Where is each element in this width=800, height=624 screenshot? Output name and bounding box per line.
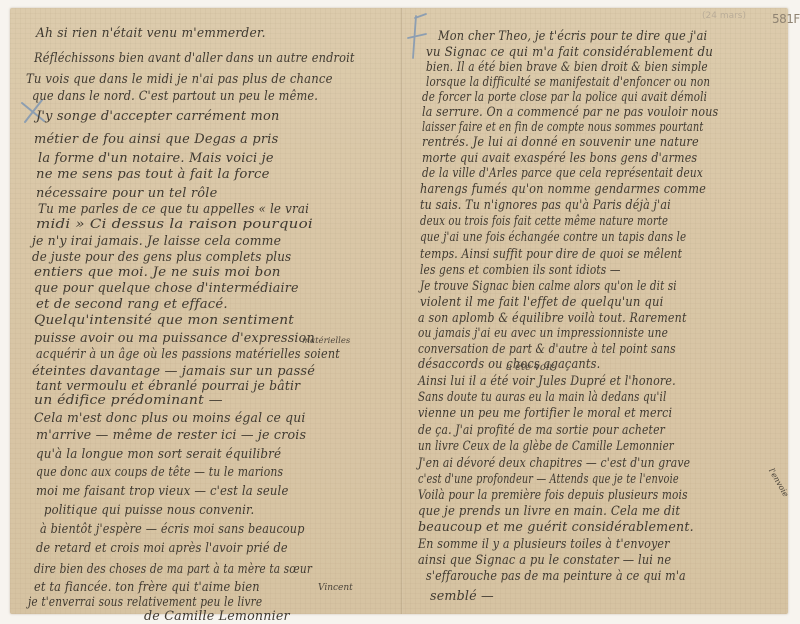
- letter-line: tu sais. Tu n'ignores pas qu'à Paris déj…: [420, 199, 671, 212]
- letter-line: a son aplomb & équilibre voilà tout. Rar…: [418, 312, 687, 325]
- letter-line: de juste pour des gens plus complets plu…: [32, 251, 291, 264]
- letter-line: qu'à la longue mon sort serait équilibré: [36, 448, 281, 461]
- letter-line: je t'enverrai sous relativement peu le l…: [28, 596, 262, 609]
- letter-line: et de second rang et effacé.: [36, 298, 228, 311]
- letter-line: En somme il y a plusieurs toiles à t'env…: [418, 538, 670, 551]
- letter-line: ou jamais j'ai eu avec un impressionnist…: [418, 327, 668, 340]
- letter-line: c'est d'une profondeur — Attends que je …: [418, 473, 679, 486]
- letter-line: que pour quelque chose d'intermédiaire: [34, 282, 299, 295]
- letter-line: la forme d'un notaire. Mais voici je: [38, 152, 274, 165]
- letter-line: Tu vois que dans le midi je n'ai pas plu…: [26, 73, 333, 86]
- letter-line: que j'ai une fois échangée contre un tap…: [420, 231, 686, 244]
- letter-line: de forcer la porte close par la police q…: [422, 91, 707, 104]
- letter-line: et ta fiancée. ton frère qui t'aime bien: [34, 581, 260, 594]
- letter-line: tant vermoulu et ébranlé pourrai je bâti…: [36, 380, 300, 393]
- letter-line: lorsque la difficulté se manifestait d'e…: [426, 76, 710, 89]
- letter-line: conversation de part & d'autre à tel poi…: [418, 343, 676, 356]
- letter-line: acquérir à un âge où les passions matéri…: [36, 348, 340, 361]
- interlinear-correction: matérielles: [302, 336, 350, 346]
- letter-line: dire bien des choses de ma part à ta mèr…: [34, 563, 312, 576]
- letter-line: beaucoup et me guérit considérablement.: [418, 521, 694, 534]
- letter-line: laisser faire et en fin de compte nous s…: [422, 121, 703, 134]
- letter-line: Tu me parles de ce que tu appelles « le …: [38, 203, 309, 216]
- letter-line: J'y songe d'accepter carrément mon: [36, 110, 279, 123]
- letter-line: Quelqu'intensité que mon sentiment: [34, 314, 294, 327]
- letter-line: Ainsi lui il a été voir Jules Dupré et l…: [418, 375, 676, 388]
- letter-line: Je trouve Signac bien calme alors qu'on …: [420, 280, 677, 293]
- letter-line: ne me sens pas tout à fait la force: [36, 168, 270, 181]
- letter-line: Sans doute tu auras eu la main là dedans…: [418, 391, 666, 404]
- letter-line: de la ville d'Arles parce que cela repré…: [422, 167, 703, 180]
- letter-line: que je prends un livre en main. Cela me …: [418, 505, 680, 518]
- letter-line: harengs fumés qu'on nomme gendarmes comm…: [420, 183, 706, 196]
- letter-line: deux ou trois fois fait cette même natur…: [420, 215, 668, 228]
- left-page: Ah si rien n'était venu m'emmerder. Réfl…: [10, 8, 401, 614]
- letter-line: bien. Il a été bien brave & bien droit &…: [426, 61, 708, 74]
- letter-line: les gens et combien ils sont idiots —: [420, 264, 621, 277]
- letter-line: je n'y irai jamais. Je laisse cela comme: [32, 235, 281, 248]
- letter-line: J'en ai dévoré deux chapitres — c'est d'…: [418, 457, 690, 470]
- letter-line: de ça. J'ai profité de ma sortie pour ac…: [418, 424, 665, 437]
- letter-line: semblé —: [430, 590, 494, 603]
- letter-line: temps. Ainsi suffit pour dire de quoi se…: [420, 248, 682, 261]
- letter-line: nécessaire pour un tel rôle: [36, 187, 217, 200]
- letter-line: m'arrive — même de rester ici — je crois: [36, 429, 306, 442]
- letter-line: métier de fou ainsi que Degas a pris: [34, 133, 278, 146]
- letter-line: la serrure. On a commencé par ne pas vou…: [422, 106, 718, 119]
- letter-line: rentrés. Je lui ai donné en souvenir une…: [422, 136, 699, 149]
- letter-line: politique qui puisse nous convenir.: [44, 504, 254, 517]
- letter-line: morte qui avait exaspéré les bons gens d…: [422, 152, 697, 165]
- letter-line: éteintes davantage — jamais sur un passé: [32, 365, 315, 378]
- letter-line: de retard et crois moi après l'avoir pri…: [36, 542, 288, 555]
- letter-line: violent il me fait l'effet de quelqu'un …: [420, 296, 664, 309]
- letter-line: ainsi que Signac a pu le constater — lui…: [418, 554, 671, 567]
- letter-line: s'effarouche pas de ma peinture à ce qui…: [426, 570, 686, 583]
- letter-line: puisse avoir ou ma puissance d'expressio…: [34, 332, 315, 345]
- letter-line: Ah si rien n'était venu m'emmerder.: [36, 27, 266, 40]
- signature-vincent: Vincent: [318, 583, 353, 593]
- letter-line: Cela m'est donc plus ou moins égal ce qu…: [34, 412, 306, 425]
- letter-line: à bientôt j'espère — écris moi sans beau…: [40, 523, 305, 536]
- letter-line: un livre Ceux de la glèbe de Camille Lem…: [418, 440, 674, 453]
- letter-line: Voilà pour la première fois depuis plusi…: [418, 489, 688, 502]
- letter-line: entiers que moi. Je ne suis moi bon: [34, 266, 281, 279]
- letter-line: vienne un peu me fortifier le moral et m…: [418, 407, 672, 420]
- letter-line: un édifice prédominant —: [34, 394, 223, 407]
- margin-note-envoie: l'envoie: [767, 467, 790, 499]
- letter-line: vu Signac ce qui m'a fait considérableme…: [426, 46, 713, 59]
- letter-line: Mon cher Theo, je t'écris pour te dire q…: [438, 30, 707, 43]
- letter-line: moi me faisant trop vieux — c'est la seu…: [36, 485, 288, 498]
- interlinear-correction: a été voir: [506, 362, 554, 373]
- right-page: Mon cher Theo, je t'écris pour te dire q…: [403, 8, 788, 614]
- letter-line: de Camille Lemonnier: [144, 610, 290, 623]
- letter-line: que donc aux coups de tête — tu le mario…: [36, 466, 283, 479]
- letter-line: midi » Ci dessus la raison pourquoi: [36, 218, 313, 231]
- letter-line: Réfléchissons bien avant d'aller dans un…: [34, 52, 355, 65]
- letter-line: que dans le nord. C'est partout un peu l…: [32, 90, 318, 103]
